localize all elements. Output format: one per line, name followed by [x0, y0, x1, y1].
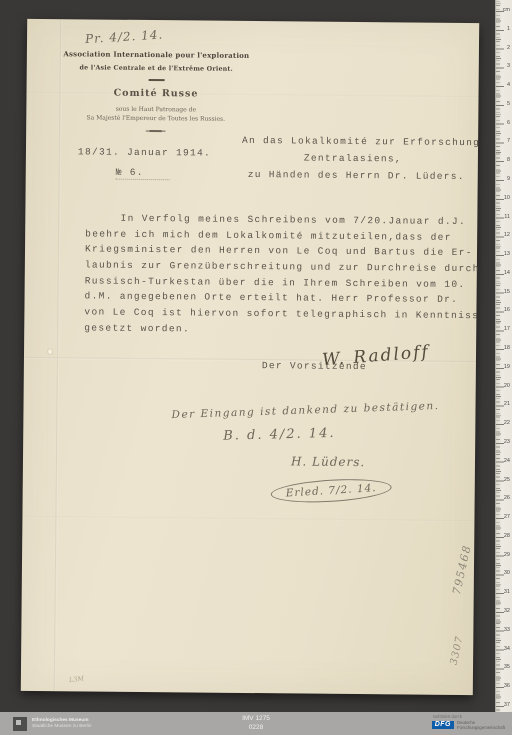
- ruler-label: 28: [496, 527, 512, 546]
- letter-body: In Verfolg meines Schreibens vom 7/20.Ja…: [84, 212, 470, 341]
- dfg-logo: DFG Deutsche Forschungsgemeinschaft: [432, 720, 505, 730]
- ruler-label: 27: [496, 508, 512, 527]
- document-number: № 6.: [116, 167, 170, 181]
- viewer-footer-bar: Ethnologisches Museum Staatliche Museen …: [0, 712, 512, 735]
- date-line: 18/31. Januar 1914.: [78, 146, 211, 158]
- ruler-label: 29: [496, 546, 512, 565]
- letterhead-patronage-line2: Sa Majesté l'Empereur de Toutes les Russ…: [48, 114, 263, 123]
- ruler-label: 34: [496, 640, 512, 659]
- ruler-label: 26: [496, 489, 512, 508]
- address-line: zu Händen des Herrn Dr. Lüders.: [248, 169, 465, 182]
- ruler-label: 10: [496, 189, 512, 208]
- funding-note: Gefördert durch: [433, 714, 505, 719]
- funding-branding: Gefördert durch DFG Deutsche Forschungsg…: [432, 714, 505, 730]
- letterhead-org-line1: Association Internationale pour l'explor…: [49, 49, 264, 60]
- chairman-signature: W. Radloff: [321, 342, 430, 370]
- ruler-label: 15: [496, 283, 512, 302]
- ruler-label: 11: [496, 208, 512, 227]
- ruler-label: 23: [496, 433, 512, 452]
- ruler-label: 12: [496, 226, 512, 245]
- ruler-label: 35: [496, 658, 512, 677]
- horizontal-crease-bottom: [22, 516, 474, 522]
- ruler-label: 19: [496, 358, 512, 377]
- lueders-signature: H. Lüders.: [291, 454, 365, 469]
- ruler-label: 1: [496, 20, 512, 39]
- body-line: gesetzt worden.: [84, 322, 469, 341]
- ruler-label: 17: [496, 320, 512, 339]
- ruler-label: 3: [496, 57, 512, 76]
- ruler-label: 31: [496, 583, 512, 602]
- measuring-ruler: cm12345678910111213141516171819202122232…: [495, 0, 512, 712]
- ruler-label: 5: [496, 95, 512, 114]
- ruler-label: 32: [496, 602, 512, 621]
- handwritten-annotation: Der Eingang ist dankend zu bestätigen.: [171, 400, 439, 421]
- handwritten-annotation: B. d. 4/2. 14.: [223, 426, 336, 444]
- dfg-text: Deutsche Forschungsgemeinschaft: [457, 720, 505, 730]
- ruler-label: 21: [496, 395, 512, 414]
- ruler-label: 6: [496, 114, 512, 133]
- margin-inventory-number: 795468: [446, 527, 477, 612]
- margin-inventory-number: 3307: [445, 620, 469, 681]
- punch-hole: [48, 349, 52, 354]
- scanned-letter-page: Pr. 4/2. 14. Association Internationale …: [21, 19, 479, 695]
- ruler-label: 24: [496, 452, 512, 471]
- ruler-label: 8: [496, 151, 512, 170]
- letterhead-ornament: [149, 130, 162, 132]
- letterhead-patronage-line1: sous le Haut Patronage de: [48, 105, 263, 114]
- ruler-label: 7: [496, 132, 512, 151]
- ruler-label: 4: [496, 76, 512, 95]
- ruler-label: 13: [496, 245, 512, 264]
- ruler-label: 30: [496, 564, 512, 583]
- ruler-label: cm: [496, 1, 512, 20]
- ruler-label: 36: [496, 677, 512, 696]
- ruler-label: 16: [496, 301, 512, 320]
- address-line: An das Lokalkomité zur Erforschung: [242, 135, 480, 148]
- address-line: Zentralasiens,: [304, 153, 402, 165]
- dfg-logo-icon: DFG: [432, 721, 454, 729]
- ruler-label: 33: [496, 621, 512, 640]
- letterhead: Association Internationale pour l'explor…: [48, 49, 264, 133]
- ruler-label: 22: [496, 414, 512, 433]
- ruler-label: 25: [496, 471, 512, 490]
- ruler-label: 9: [496, 170, 512, 189]
- letterhead-committee: Comité Russe: [48, 87, 263, 100]
- letterhead-org-line2: de l'Asie Centrale et de l'Extrême Orien…: [49, 64, 264, 73]
- address-block: An das Lokalkomité zur Erforschung Zentr…: [238, 135, 476, 137]
- ruler-label: 14: [496, 264, 512, 283]
- ruler-label: 2: [496, 39, 512, 58]
- pencil-mark: L3M: [68, 674, 84, 684]
- ruler-label: 18: [496, 339, 512, 358]
- dfg-name-line2: Forschungsgemeinschaft: [457, 725, 505, 730]
- handwritten-filing-note: Pr. 4/2. 14.: [85, 27, 164, 46]
- letterhead-divider: [148, 79, 164, 81]
- circled-handwritten-note: Erled. 7/2. 14.: [270, 476, 392, 505]
- ruler-label: 20: [496, 377, 512, 396]
